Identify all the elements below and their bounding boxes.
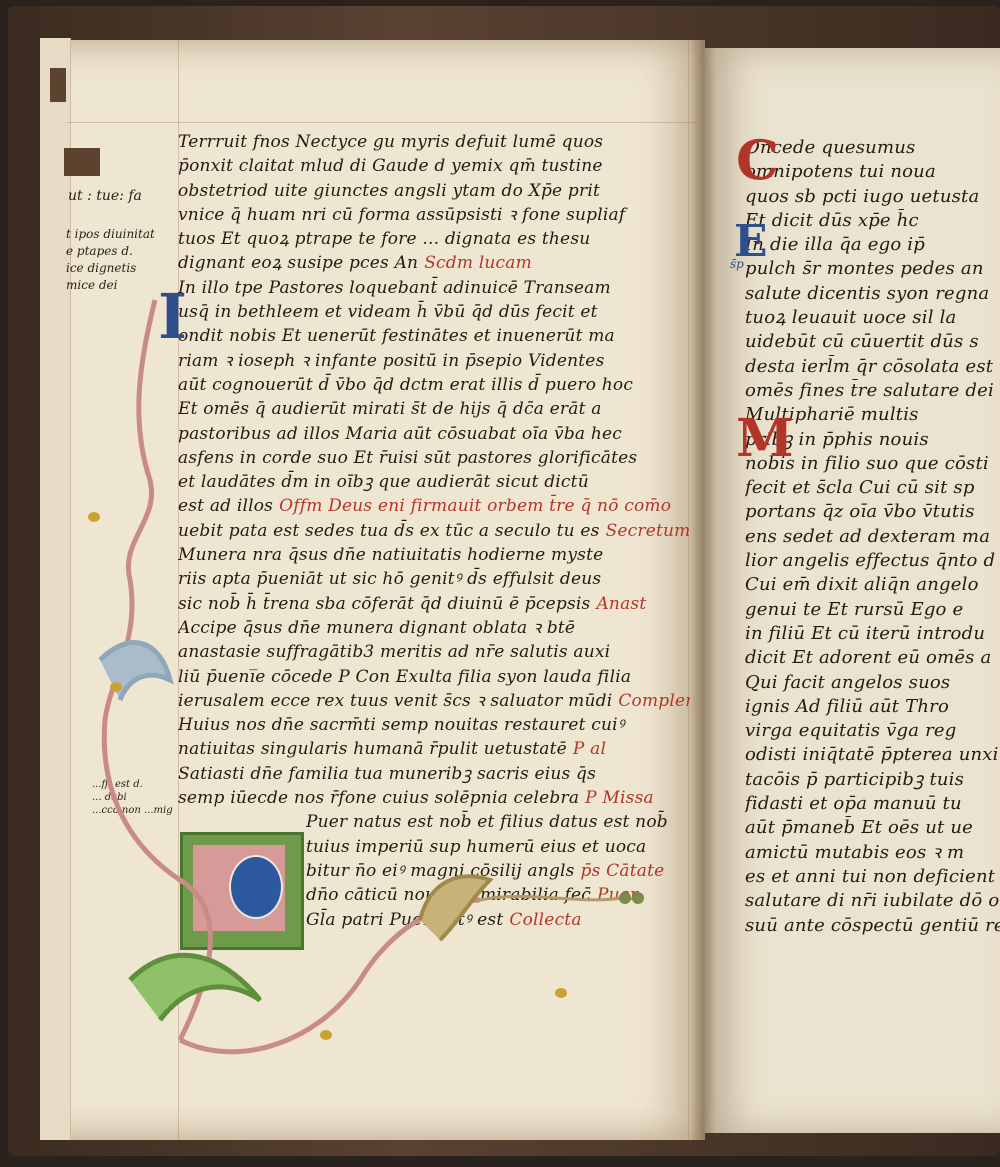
manuscript-line: Cui em̄ dixit aliq̄n angelo: [745, 573, 1000, 597]
manuscript-line: suū ante cōspectū gentiū reuel: [745, 914, 1000, 938]
manuscript-line: In die illa q̄a ego ip̄: [745, 233, 1000, 257]
manuscript-line: vnice q̄ huam nri cū forma assūpsisti ꝛ …: [178, 203, 690, 227]
page-tab-marker: [50, 68, 66, 102]
margin-note: ice dignetis: [66, 260, 136, 277]
manuscript-line: fecit et s̄cla Cui cū sit sp: [745, 476, 1000, 500]
initial-M-red: M: [736, 408, 794, 469]
ruling-line: [66, 122, 696, 123]
manuscript-line: omnipotens tui noua: [745, 160, 1000, 184]
manuscript-line: Et dicit dūs xp̄e h̄c: [745, 209, 1000, 233]
manuscript-line: tuos Et quoꝝ ptrape te fore ... dignata …: [178, 227, 690, 251]
manuscript-line: dignant eoꝝ susipe pces AnScdm lucam: [178, 251, 690, 275]
acanthus-border-icon: [60, 280, 700, 1080]
line-text: p̄onxit claitat mlud di Gaude d yemix qm…: [178, 156, 603, 176]
initial-E-blue: E: [734, 216, 768, 267]
manuscript-line: desta ierl̄m q̄r cōsolata est: [745, 355, 1000, 379]
manuscript-line: p̄onxit claitat mlud di Gaude d yemix qm…: [178, 154, 690, 178]
margin-note: t ipos diuinitat: [66, 226, 155, 243]
manuscript-line: odisti iniq̄tatē p̄pterea unxi: [745, 743, 1000, 767]
manuscript-line: salute dicentis syon regna: [745, 282, 1000, 306]
gold-leaf-dot: [320, 1030, 332, 1040]
manuscript-line: tacōis p̄ participibꝫ tuis: [745, 768, 1000, 792]
rubric-text: Scdm lucam: [424, 253, 532, 273]
manuscript-line: Terrruit fnos Nectyce gu myris defuit lu…: [178, 130, 690, 154]
manuscript-line: tuoꝝ leuauit uoce sil la: [745, 306, 1000, 330]
manuscript-line: obstetriod uite giunctes angsli ytam do …: [178, 179, 690, 203]
gold-leaf-dot: [110, 682, 122, 692]
manuscript-line: ignis Ad filiū aūt Thro: [745, 695, 1000, 719]
initial-C-red: C: [736, 128, 779, 192]
page-tab-marker: [64, 148, 100, 176]
manuscript-line: ens sedet ad dexteram ma: [745, 525, 1000, 549]
manuscript-line: Qui facit angelos suos: [745, 671, 1000, 695]
manuscript-line: dicit Et adorent eū omēs a: [745, 646, 1000, 670]
gold-leaf-dot: [88, 512, 100, 522]
manuscript-line: pulch s̄r montes pedes an: [745, 257, 1000, 281]
manuscript-line: salutare di nr̄i iubilate dō oī: [745, 889, 1000, 913]
manuscript-line: portans q̄z oīa v̄bo v̄tutis: [745, 500, 1000, 524]
manuscript-line: Oncede quesumus: [745, 136, 1000, 160]
manuscript-line: in filiū Et cū iterū introdu: [745, 622, 1000, 646]
line-text: Terrruit fnos Nectyce gu myris defuit lu…: [178, 132, 603, 152]
manuscript-line: virga equitatis v̄ga reg: [745, 719, 1000, 743]
margin-note: ut : tue: fa: [68, 188, 142, 205]
gold-leaf-dot: [555, 988, 567, 998]
manuscript-line: es et anni tui non deficient: [745, 865, 1000, 889]
right-text-column: Oncede quesumusomnipotens tui nouaquos s…: [745, 136, 1000, 938]
manuscript-line: uidebūt cū cūuertit dūs s: [745, 330, 1000, 354]
line-text: dignant eoꝝ susipe pces An: [178, 253, 418, 273]
line-text: tuos Et quoꝝ ptrape te fore ... dignata …: [178, 229, 590, 249]
manuscript-line: lior angelis effectus q̄nto d: [745, 549, 1000, 573]
manuscript-line: fidasti et op̄a manuū tu: [745, 792, 1000, 816]
manuscript-line: aūt p̄maneb̄ Et oēs ut ue: [745, 816, 1000, 840]
manuscript-line: quos sb pcti iugo uetusta: [745, 185, 1000, 209]
manuscript-line: amictū mutabis eos ꝛ m: [745, 841, 1000, 865]
manuscript-line: omēs fines t̄re salutare dei: [745, 379, 1000, 403]
line-text: obstetriod uite giunctes angsli ytam do …: [178, 181, 600, 201]
margin-note: e ptapes d.: [66, 243, 133, 260]
line-text: vnice q̄ huam nri cū forma assūpsisti ꝛ …: [178, 205, 625, 225]
manuscript-line: genui te Et rursū Ego e: [745, 598, 1000, 622]
